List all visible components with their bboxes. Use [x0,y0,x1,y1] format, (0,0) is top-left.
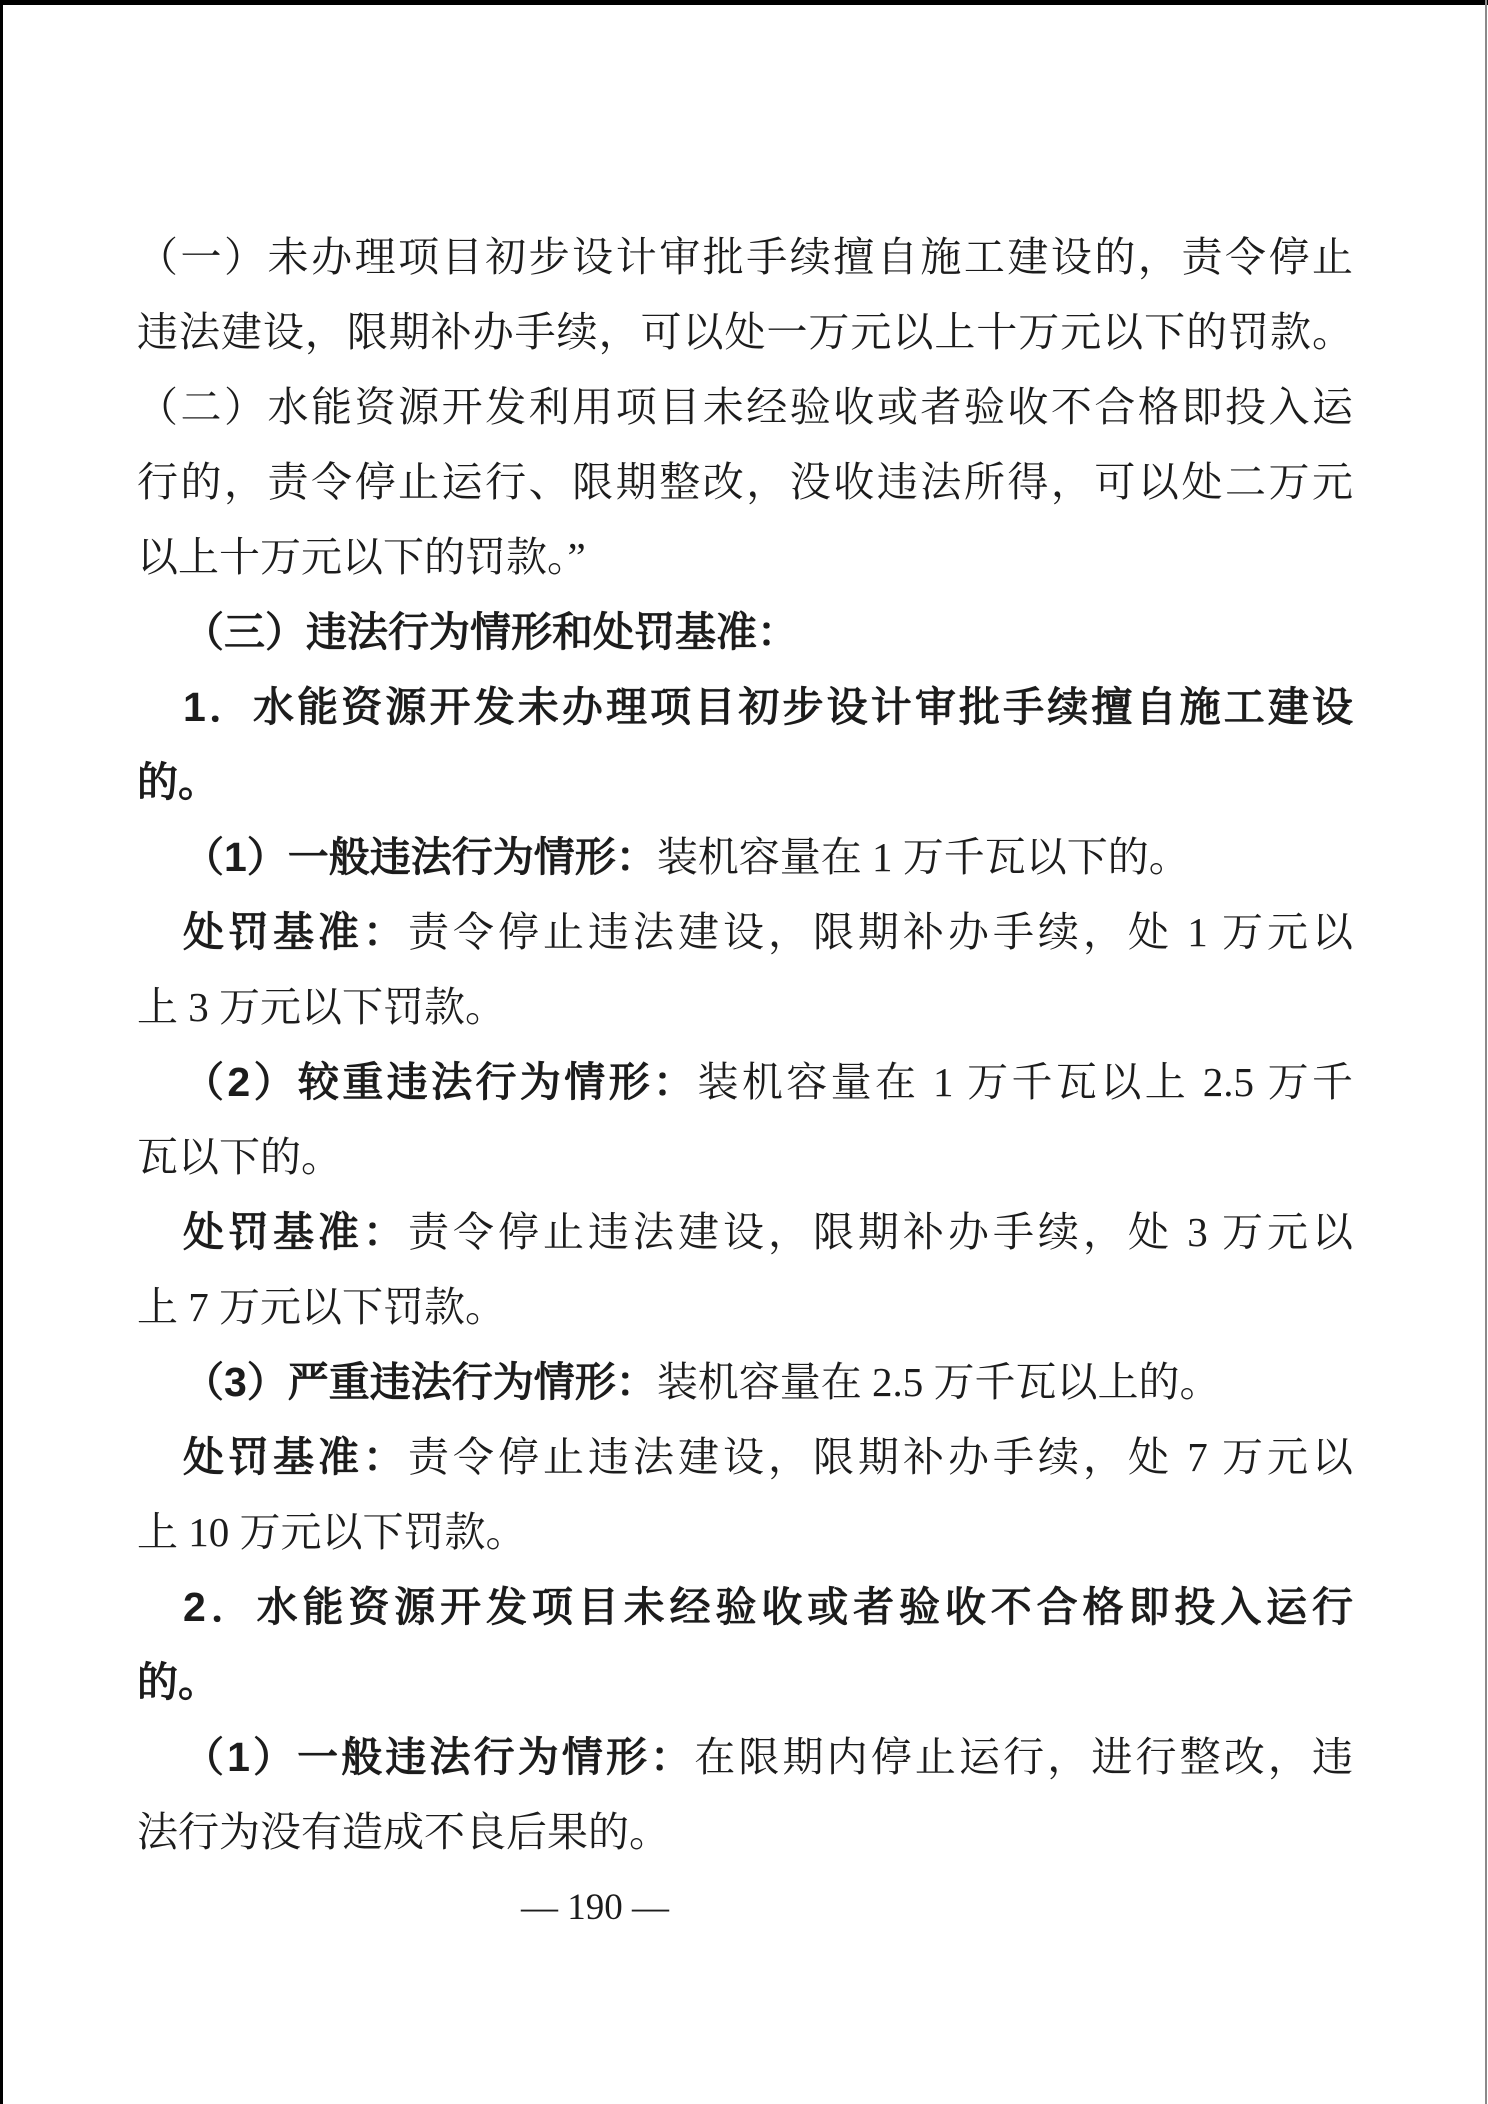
text-line: 处罚基准：责令停止违法建设，限期补办手续，处 3 万元以 [137,1195,1353,1270]
bold-text-run: （三）违法行为情形和处罚基准： [183,609,798,655]
bold-text-run: 处罚基准： [183,909,408,955]
bold-text-run: 处罚基准： [183,1434,408,1480]
text-line: 的。 [137,1645,1353,1720]
regular-text-run: 责令停止违法建设，限期补办手续，处 3 万元以 [408,1209,1353,1255]
text-line: 1．水能资源开发未办理项目初步设计审批手续擅自施工建设 [137,670,1353,745]
text-line: 的。 [137,745,1353,820]
text-body: （一）未办理项目初步设计审批手续擅自施工建设的，责令停止违法建设，限期补办手续，… [137,220,1353,1870]
text-line: 2．水能资源开发项目未经验收或者验收不合格即投入运行 [137,1570,1353,1645]
text-line: 上 10 万元以下罚款。 [137,1495,1353,1570]
text-line: （1）一般违法行为情形：在限期内停止运行，进行整改，违 [137,1720,1353,1795]
scan-top-edge-line [0,0,1488,5]
regular-text-run: （一）未办理项目初步设计审批手续擅自施工建设的，责令停止 [137,234,1353,280]
bold-text-run: （1）一般违法行为情形： [183,1734,694,1780]
regular-text-run: 装机容量在 1 万千瓦以上 2.5 万千 [697,1059,1353,1105]
text-line: 瓦以下的。 [137,1120,1353,1195]
regular-text-run: 责令停止违法建设，限期补办手续，处 7 万元以 [408,1434,1353,1480]
bold-text-run: 2．水能资源开发项目未经验收或者验收不合格即投入运行 [183,1584,1353,1630]
regular-text-run: 上 7 万元以下罚款。 [137,1284,506,1330]
text-line: （3）严重违法行为情形：装机容量在 2.5 万千瓦以上的。 [137,1345,1353,1420]
text-line: 处罚基准：责令停止违法建设，限期补办手续，处 1 万元以 [137,895,1353,970]
scan-right-edge-line [1485,0,1487,2104]
text-line: （1）一般违法行为情形：装机容量在 1 万千瓦以下的。 [137,820,1353,895]
text-line: （二）水能资源开发利用项目未经验收或者验收不合格即投入运 [137,370,1353,445]
text-line: （2）较重违法行为情形：装机容量在 1 万千瓦以上 2.5 万千 [137,1045,1353,1120]
regular-text-run: 装机容量在 2.5 万千瓦以上的。 [657,1359,1221,1405]
regular-text-run: 以上十万元以下的罚款。” [137,534,586,580]
bold-text-run: 的。 [137,759,219,805]
bold-text-run: （3）严重违法行为情形： [183,1359,657,1405]
text-line: （一）未办理项目初步设计审批手续擅自施工建设的，责令停止 [137,220,1353,295]
regular-text-run: 在限期内停止运行，进行整改，违 [694,1734,1353,1780]
regular-text-run: 上 10 万元以下罚款。 [137,1509,527,1555]
regular-text-run: 装机容量在 1 万千瓦以下的。 [657,834,1190,880]
regular-text-run: 上 3 万元以下罚款。 [137,984,506,1030]
scan-left-edge-line [0,0,3,2104]
regular-text-run: 行的，责令停止运行、限期整改，没收违法所得，可以处二万元 [137,459,1353,505]
regular-text-run: 违法建设，限期补办手续，可以处一万元以上十万元以下的罚款。 [137,309,1353,355]
text-line: 上 3 万元以下罚款。 [137,970,1353,1045]
document-page: { "colors": { "page_bg": "#ffffff", "tex… [0,0,1488,2104]
bold-text-run: 处罚基准： [183,1209,408,1255]
text-line: 以上十万元以下的罚款。” [137,520,1353,595]
text-line: （三）违法行为情形和处罚基准： [137,595,1353,670]
bold-text-run: 1．水能资源开发未办理项目初步设计审批手续擅自施工建设 [183,684,1353,730]
regular-text-run: 法行为没有造成不良后果的。 [137,1809,670,1855]
bold-text-run: （1）一般违法行为情形： [183,834,657,880]
bold-text-run: （2）较重违法行为情形： [183,1059,697,1105]
text-line: 法行为没有造成不良后果的。 [137,1795,1353,1870]
regular-text-run: （二）水能资源开发利用项目未经验收或者验收不合格即投入运 [137,384,1353,430]
regular-text-run: 瓦以下的。 [137,1134,342,1180]
regular-text-run: 责令停止违法建设，限期补办手续，处 1 万元以 [408,909,1353,955]
text-line: 违法建设，限期补办手续，可以处一万元以上十万元以下的罚款。 [137,295,1353,370]
text-line: 上 7 万元以下罚款。 [137,1270,1353,1345]
text-line: 处罚基准：责令停止违法建设，限期补办手续，处 7 万元以 [137,1420,1353,1495]
bold-text-run: 的。 [137,1659,219,1705]
page-number-footer: — 190 — [0,1878,1190,1938]
text-line: 行的，责令停止运行、限期整改，没收违法所得，可以处二万元 [137,445,1353,520]
